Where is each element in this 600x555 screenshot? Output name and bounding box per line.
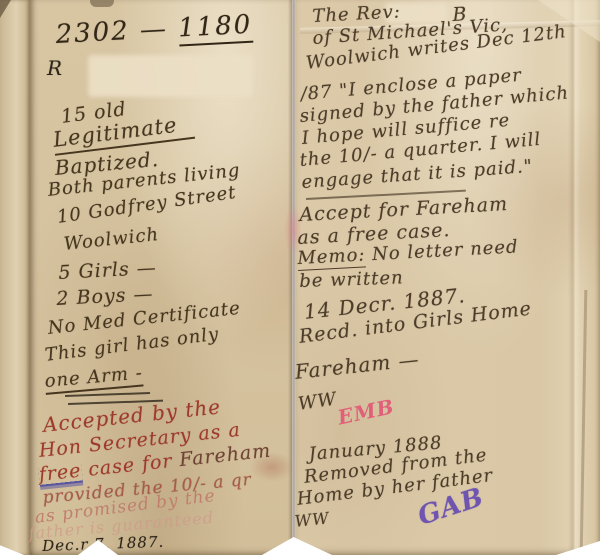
paper-notch [90,0,114,7]
memo-line-2: be written [299,269,404,291]
free-underlined: free [38,462,82,485]
girls-count: 5 Girls — [58,259,157,283]
case-number-main: 2302 — [55,14,169,50]
discharge-initials: WW [294,510,330,530]
vertical-crease [568,0,580,555]
case-number-underlined: 1180 [177,10,253,47]
reference-initial: R [47,58,63,78]
scanned-document: 2302 — 1180 R 15 old Legitimate Baptized… [0,0,600,555]
torn-left-fold [0,0,30,555]
erased-name-patch [88,55,253,97]
memo-label: Memo: [297,244,366,271]
boys-count: 2 Boys — [56,285,154,309]
